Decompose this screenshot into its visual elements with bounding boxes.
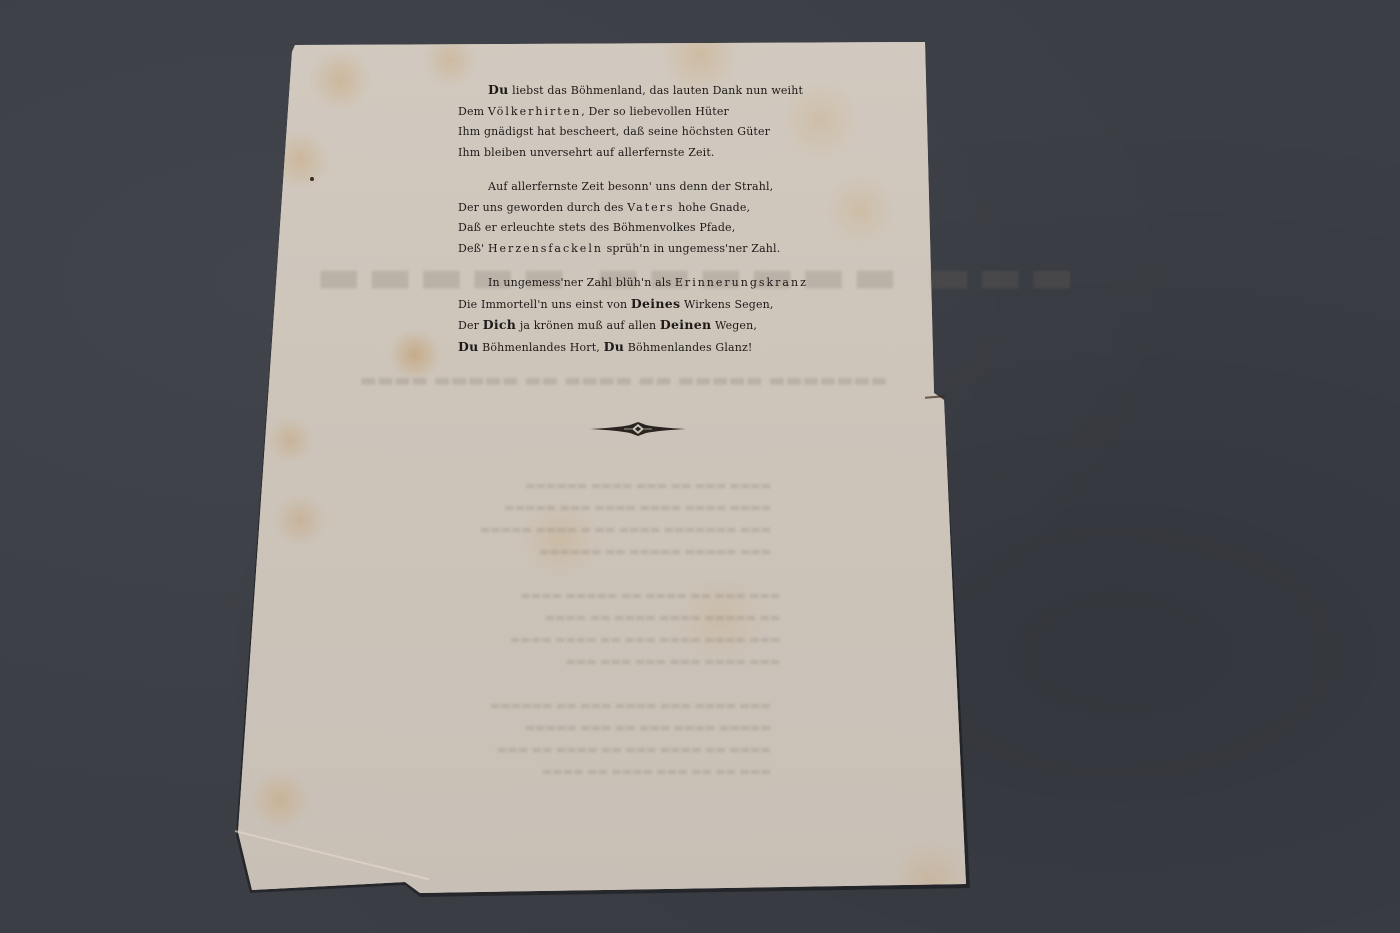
poem-line: In ungemess'ner Zahl blüh'n als Erinneru…: [458, 273, 838, 294]
showthrough-stanza-3: ▬▬▬ ▬▬▬▬ ▬▬▬ ▬▬▬▬ ▬▬▬ ▬▬ ▬▬▬▬▬▬▬▬▬▬▬ ▬▬▬…: [490, 695, 771, 783]
poem-text: Du liebst das Böhmenland, das lauten Dan…: [458, 80, 838, 372]
line-text: Deß': [458, 242, 488, 255]
line-text: In ungemess'ner Zahl blüh'n als: [488, 276, 675, 289]
stanza-2: Auf allerfernste Zeit besonn' uns denn d…: [458, 177, 838, 259]
line-text: Böhmenlandes Hort,: [479, 341, 604, 354]
showthrough-subtitle: ▬▬▬▬▬▬▬ ▬▬▬▬▬ ▬▬ ▬▬▬▬ ▬▬ ▬▬▬▬▬ ▬▬▬▬: [360, 370, 888, 391]
emphasis-word: Du: [604, 339, 625, 354]
line-text: hohe Gnade,: [675, 201, 751, 214]
poem-line: Auf allerfernste Zeit besonn' uns denn d…: [458, 177, 838, 198]
emphasis-word: Deinen: [660, 317, 711, 332]
showthrough-stanza-1: ▬▬▬▬ ▬▬▬ ▬▬ ▬▬▬ ▬▬▬▬ ▬▬▬▬▬▬▬▬▬▬ ▬▬▬▬ ▬▬▬…: [480, 475, 771, 563]
stanza-1: Du liebst das Böhmenland, das lauten Dan…: [458, 80, 838, 163]
emphasis-word: Du: [458, 339, 479, 354]
poem-line: Dem Völkerhirten, Der so liebevollen Hüt…: [458, 102, 838, 123]
line-text: , Der so liebevollen Hüter: [581, 105, 729, 118]
line-text: Ihm bleiben unversehrt auf allerfernste …: [458, 146, 715, 159]
line-text: sprüh'n in ungemess'ner Zahl.: [603, 242, 780, 255]
line-text: Böhmenlandes Glanz!: [624, 341, 752, 354]
ink-speck: [310, 177, 314, 181]
line-text: Der: [458, 319, 483, 332]
poem-line: Ihm gnädigst hat bescheert, daß seine hö…: [458, 122, 838, 143]
poem-line: Deß' Herzensfackeln sprüh'n in ungemess'…: [458, 239, 838, 260]
spaced-word: Vaters: [627, 201, 674, 214]
poem-line: Der Dich ja krönen muß auf allen Deinen …: [458, 315, 838, 337]
poem-line: Du liebst das Böhmenland, das lauten Dan…: [458, 80, 838, 102]
spaced-word: Erinnerungskranz: [675, 276, 808, 289]
line-text: Auf allerfernste Zeit besonn' uns denn d…: [488, 180, 773, 193]
line-text: Daß er erleuchte stets des Böhmenvolkes …: [458, 221, 735, 234]
poem-line: Du Böhmenlandes Hort, Du Böhmenlandes Gl…: [458, 337, 838, 359]
emphasis-word: Dich: [483, 317, 517, 332]
poem-line: Daß er erleuchte stets des Böhmenvolkes …: [458, 218, 838, 239]
spaced-word: Völkerhirten: [488, 105, 581, 118]
emphasis-word: Deines: [631, 296, 680, 311]
line-text: Wegen,: [711, 319, 757, 332]
poem-line: Ihm bleiben unversehrt auf allerfernste …: [458, 143, 838, 164]
line-text: Dem: [458, 105, 488, 118]
line-text: Die Immortell'n uns einst von: [458, 298, 631, 311]
poem-line: Der uns geworden durch des Vaters hohe G…: [458, 198, 838, 219]
line-text: liebst das Böhmenland, das lauten Dank n…: [509, 84, 803, 97]
emphasis-word: Du: [488, 82, 509, 97]
decorative-rule-ornament-icon: [588, 421, 688, 437]
poem-line: Die Immortell'n uns einst von Deines Wir…: [458, 294, 838, 316]
line-text: Der uns geworden durch des: [458, 201, 627, 214]
stanza-3: In ungemess'ner Zahl blüh'n als Erinneru…: [458, 273, 838, 358]
showthrough-stanza-2: ▬▬▬ ▬▬▬ ▬▬ ▬▬▬▬ ▬▬ ▬▬▬▬▬ ▬▬▬▬▬▬ ▬▬▬▬▬ ▬▬…: [510, 585, 780, 673]
line-text: ja krönen muß auf allen: [516, 319, 660, 332]
spaced-word: Herzensfackeln: [488, 242, 603, 255]
line-text: Ihm gnädigst hat bescheert, daß seine hö…: [458, 125, 770, 138]
line-text: Wirkens Segen,: [680, 298, 773, 311]
